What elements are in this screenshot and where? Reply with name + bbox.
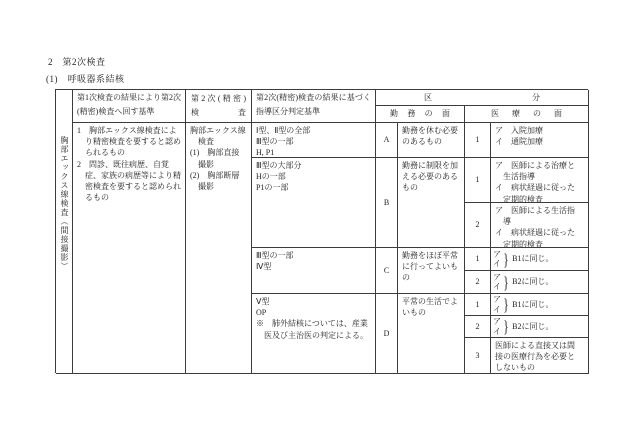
- second-exam-item: (1) 胸部直接撮影: [190, 147, 247, 169]
- header-second-exam-line2: 検査: [191, 106, 246, 120]
- ai-label: イ: [493, 305, 501, 314]
- medical-ref: B1に同じ。: [511, 299, 553, 310]
- header-medical-facet: 医療の面: [465, 106, 589, 123]
- judgment-cell-a: Ⅰ型、Ⅱ型の全部 Ⅲ型の一部 H, P1: [252, 123, 376, 158]
- judgment-cell-d: Ⅴ型 OP ※ 肺外結核については、産業医及び主治医の判定による。: [252, 294, 376, 374]
- medical-line: 医師による直接又は間接の医療行為を必要としないもの: [495, 340, 582, 374]
- header-second-exam-line1: 第2次(精密): [191, 92, 246, 106]
- header-second-exam: 第2次(精密) 検査: [186, 90, 252, 123]
- work-cell-b: 勤務に制限を加える必要のあるもの: [398, 158, 465, 248]
- brace-glyph: }: [503, 274, 508, 291]
- first-exam-criteria-cell: 1 胸部エックス線検査により精密検査を要すると認められるもの 2 問診、既往病歴…: [73, 123, 186, 374]
- side-label: 胸部エックス線検査（間接撮影）: [60, 136, 68, 373]
- judgment-line: Ⅲ型の大部分: [256, 160, 371, 171]
- work-cell-a: 勤務を休む必要のあるもの: [398, 123, 465, 158]
- medical-cell-c2: ア イ } B2に同じ。: [491, 271, 589, 294]
- judgment-line: Ⅲ型の一部: [256, 136, 371, 147]
- medical-ref: B2に同じ。: [511, 321, 553, 332]
- num-cell-d3: 3: [465, 338, 491, 374]
- judgment-line: H, P1: [256, 147, 371, 158]
- num-cell-b2: 2: [465, 203, 491, 248]
- medical-cell-d1: ア イ } B1に同じ。: [491, 294, 589, 316]
- header-first-exam-criteria: 第1次検査の結果により第2次(精密)検査へ回す基準: [73, 90, 186, 123]
- medical-line: ア 医師による生活指導: [495, 205, 580, 227]
- second-exam-cell: 胸部エックス線検査 (1) 胸部直接撮影 (2) 胸部断層撮影: [186, 123, 252, 374]
- ai-label: ア: [493, 295, 501, 304]
- medical-line: イ 通院加療: [495, 136, 580, 147]
- header-judgment-criteria: 第2次(精密)検査の結果に基づく指導区分判定基準: [252, 90, 376, 123]
- num-cell-c1: 1: [465, 248, 491, 271]
- medical-cell-c1: ア イ } B1に同じ。: [491, 248, 589, 271]
- ai-label: ア: [493, 317, 501, 326]
- grade-cell-b: B: [376, 158, 398, 248]
- medical-cell-d2: ア イ } B2に同じ。: [491, 316, 589, 338]
- exam-classification-table: 胸部エックス線検査（間接撮影） 第1次検査の結果により第2次(精密)検査へ回す基…: [55, 89, 588, 373]
- brace-glyph: }: [503, 251, 508, 268]
- ai-label: ア: [493, 273, 501, 282]
- brace-glyph: }: [503, 296, 508, 313]
- num-cell-d1: 1: [465, 294, 491, 316]
- judgment-line: P1の一部: [256, 182, 371, 193]
- num-cell-d2: 2: [465, 316, 491, 338]
- ai-label: イ: [493, 327, 501, 336]
- grade-cell-a: A: [376, 123, 398, 158]
- work-cell-c: 勤務をほぼ平常に行ってよいもの: [398, 248, 465, 294]
- medical-line: イ 病状経過に従った定期的検査: [495, 227, 580, 248]
- judgment-line: Ⅰ型、Ⅱ型の全部: [256, 125, 371, 136]
- medical-line: ア 入院加療: [495, 125, 580, 136]
- medical-cell-b2: ア 医師による生活指導 イ 病状経過に従った定期的検査: [491, 203, 589, 248]
- judgment-line: Ⅲ型の一部: [256, 250, 371, 261]
- medical-line: ア 医師による治療と生活指導: [495, 160, 580, 182]
- ai-label: イ: [493, 282, 501, 291]
- medical-cell-b1: ア 医師による治療と生活指導 イ 病状経過に従った定期的検査: [491, 158, 589, 203]
- work-cell-d: 平常の生活でよいもの: [398, 294, 465, 374]
- medical-ref: B2に同じ。: [511, 276, 553, 287]
- medical-line: イ 病状経過に従った定期的検査: [495, 182, 580, 203]
- second-exam-item: (2) 胸部断層撮影: [190, 170, 247, 192]
- ai-label: イ: [493, 259, 501, 268]
- num-cell-b1: 1: [465, 158, 491, 203]
- document-subtitle: (1) 呼吸器系結核: [46, 72, 125, 85]
- judgment-cell-c: Ⅲ型の一部 Ⅳ型: [252, 248, 376, 294]
- judgment-line: ※ 肺外結核については、産業医及び主治医の判定による。: [256, 318, 371, 340]
- header-work-facet: 勤務の面: [376, 106, 465, 123]
- side-label-cell: 胸部エックス線検査（間接撮影）: [56, 90, 73, 374]
- medical-cell-d3: 医師による直接又は間接の医療行為を必要としないもの: [491, 338, 589, 374]
- brace-glyph: }: [503, 318, 508, 335]
- header-division: 区分: [376, 90, 589, 106]
- document-title: 2 第2次検査: [48, 55, 106, 68]
- first-exam-item: 2 問診、既往病歴、自覚症、家族の病歴等により精密検査を要すると認められるもの: [77, 159, 181, 204]
- num-cell-c2: 2: [465, 271, 491, 294]
- judgment-line: Ⅳ型: [256, 261, 371, 272]
- num-cell-a1: 1: [465, 123, 491, 158]
- medical-ref: B1に同じ。: [511, 253, 553, 264]
- second-exam-item: 胸部エックス線検査: [190, 125, 247, 147]
- judgment-line: Ⅴ型: [256, 296, 371, 307]
- ai-label: ア: [493, 250, 501, 259]
- judgment-cell-b: Ⅲ型の大部分 Hの一部 P1の一部: [252, 158, 376, 248]
- grade-cell-d: D: [376, 294, 398, 374]
- medical-cell-a1: ア 入院加療 イ 通院加療: [491, 123, 589, 158]
- judgment-line: Hの一部: [256, 171, 371, 182]
- first-exam-item: 1 胸部エックス線検査により精密検査を要すると認められるもの: [77, 125, 181, 159]
- judgment-line: OP: [256, 307, 371, 318]
- grade-cell-c: C: [376, 248, 398, 294]
